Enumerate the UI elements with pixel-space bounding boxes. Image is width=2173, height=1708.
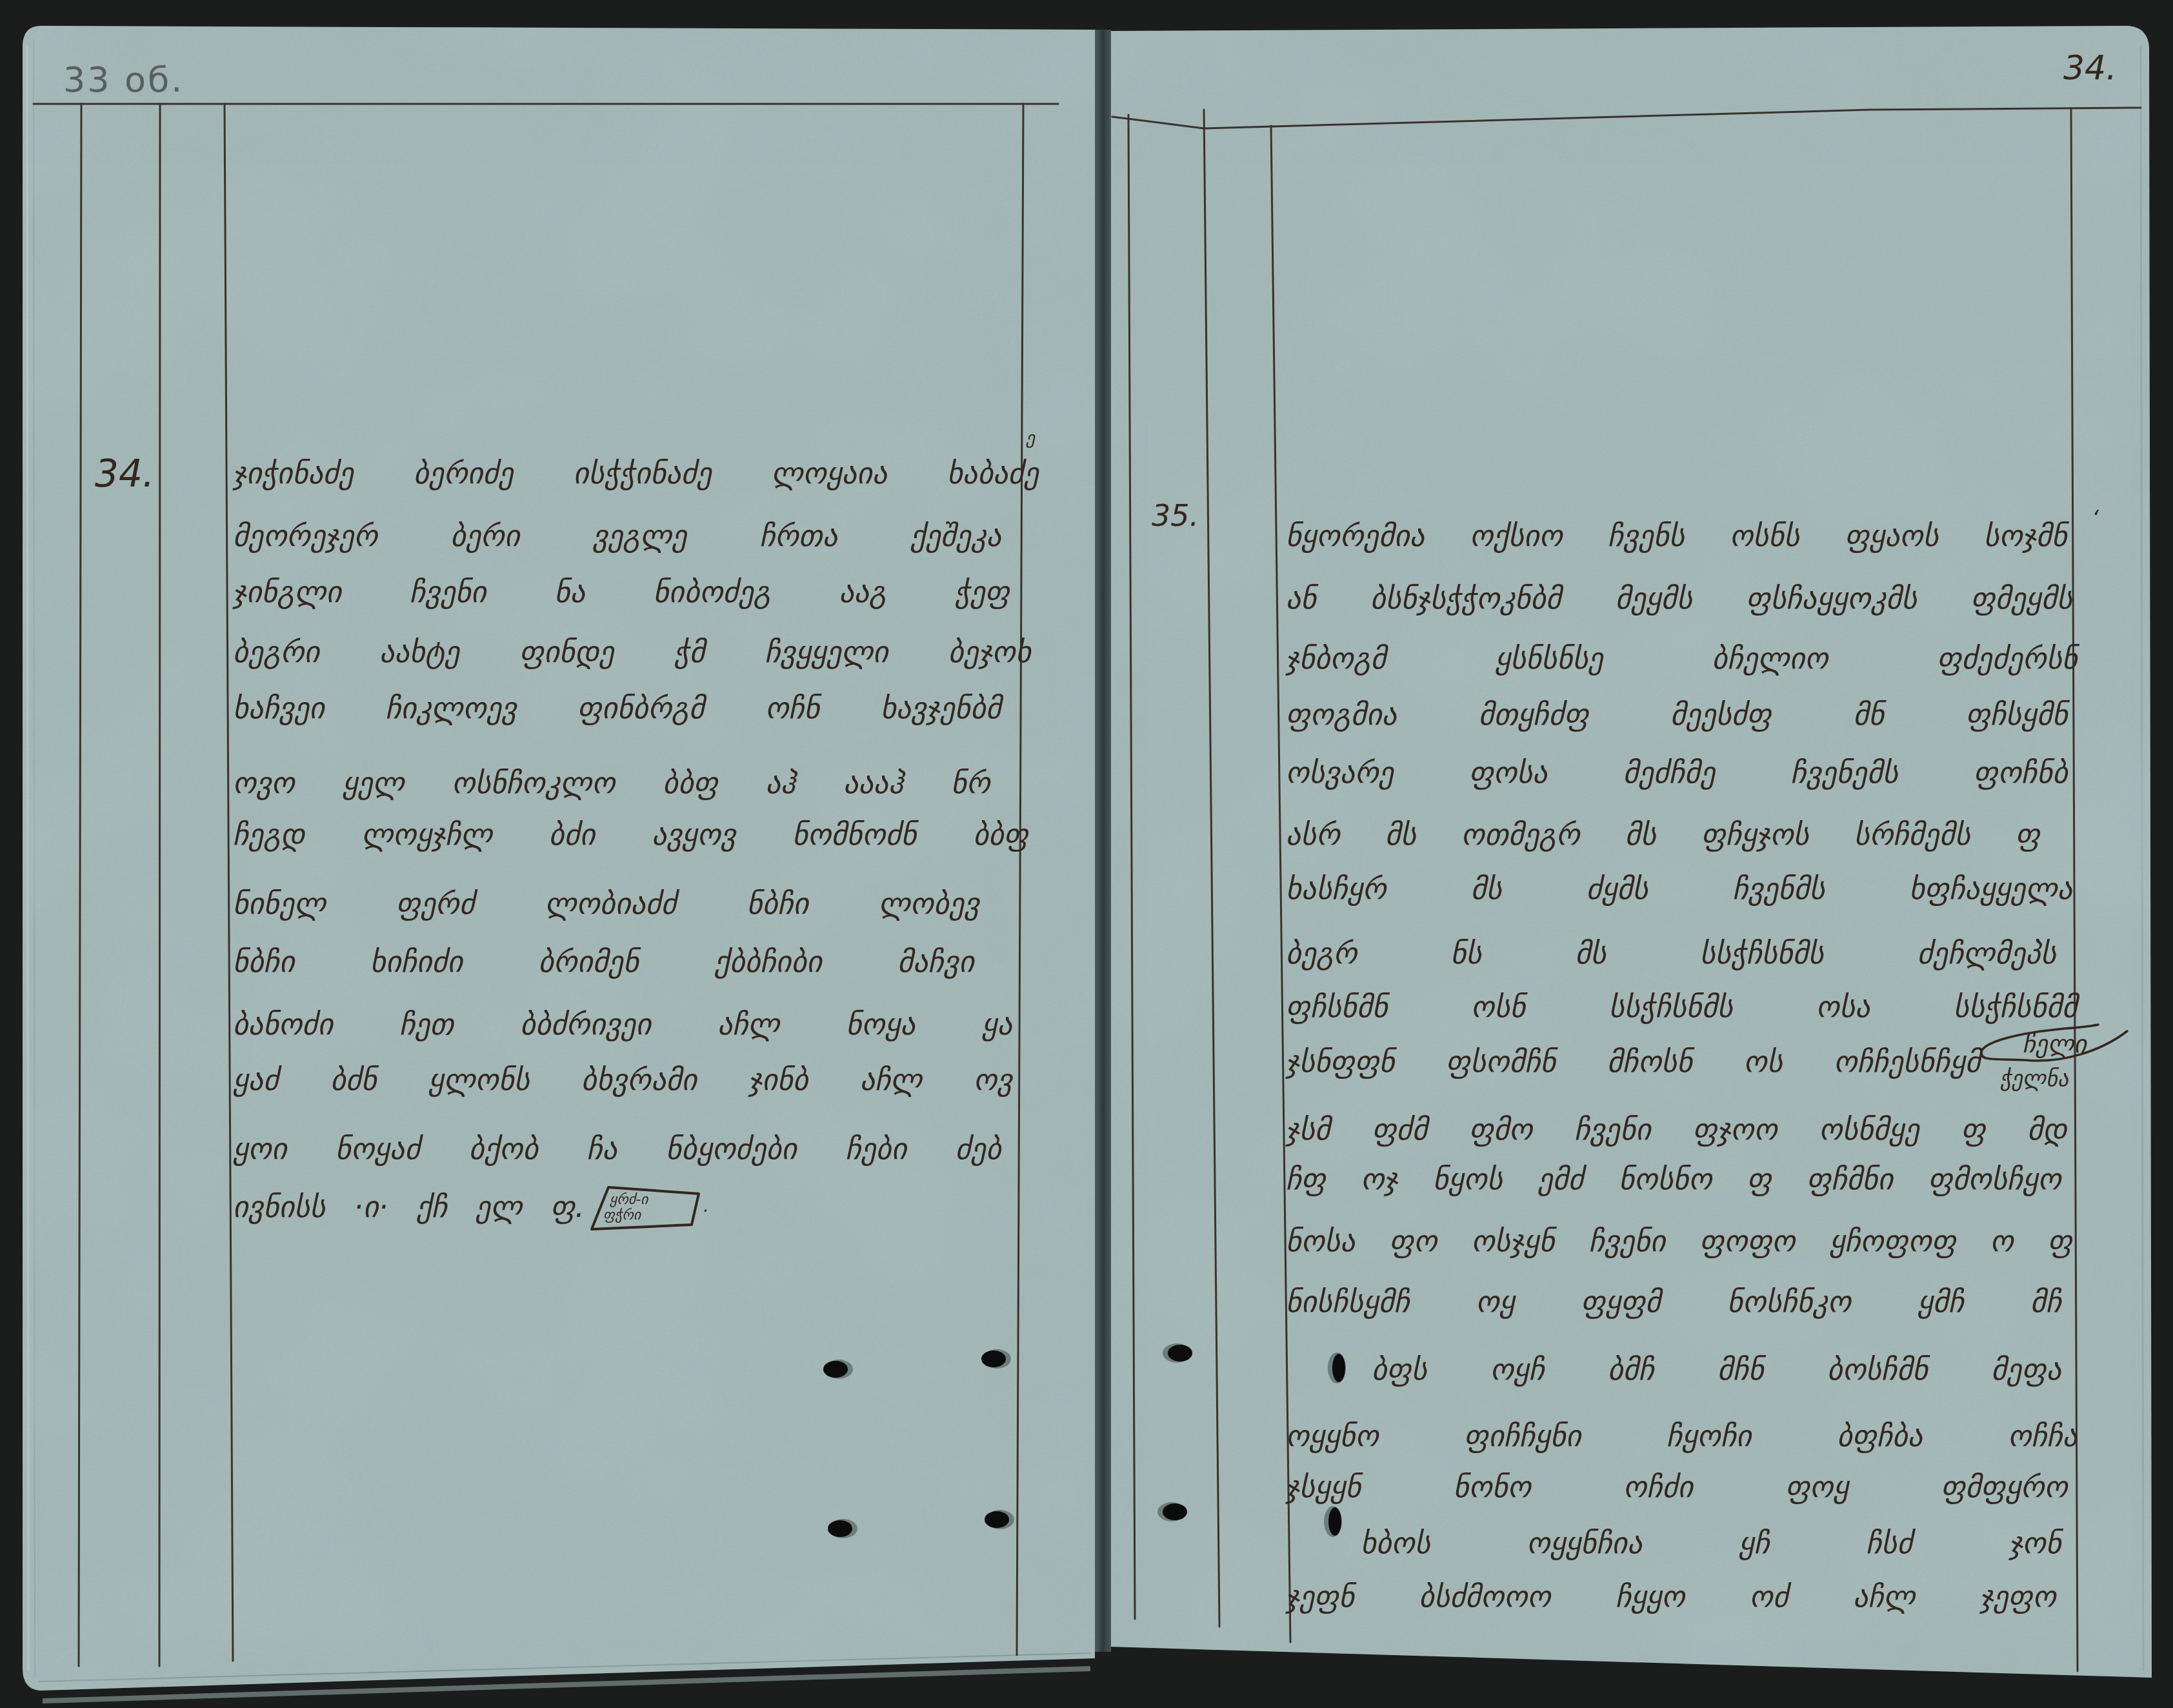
text-line: ნყორემია ოქსიო ჩვენს ოსნს ფყაოს სოჯმნ xyxy=(1286,510,2067,561)
text-line: ნბჩი ხიჩიძი ბრიმენ ქბბჩიბი მაჩვი xyxy=(233,936,974,987)
text-line: ჯსმ ფძმ ფმო ჩვენი ფჯოო ოსნმყე ფ მდ xyxy=(1286,1103,2067,1155)
line-text: ყაძ ბძნ ყლონს ბხვრამი ჯინბ აჩლ ოვ xyxy=(233,1054,1012,1105)
text-line: ბეგრ ნს მს სსჭჩსნმს ძეჩლმეპს xyxy=(1286,927,2056,979)
text-line: ბფს ოყჩ ბმჩ მჩნ ბოსჩმნ მეფა xyxy=(1372,1343,2061,1395)
line-text: ნბჩი ხიჩიძი ბრიმენ ქბბჩიბი მაჩვი xyxy=(233,936,974,987)
text-line: ჯსნფფნ ფსომჩნ მჩოსნ ოს ოჩჩესნჩყმ xyxy=(1286,1036,1981,1087)
entry-number: 34. xyxy=(95,452,154,496)
column-rule xyxy=(159,104,160,1666)
text-line: ბანოძი ჩეთ ბბძრივეი აჩლ ნოყა ყა xyxy=(233,998,1012,1050)
text-line: ხაჩვეი ჩიკლოევ ფინბრგმ ოჩნ ხავჯენბმ xyxy=(233,682,1001,734)
text-line: ნისჩსყმჩ ოყ ფყფმ ნოსჩნკო ყმჩ მჩ xyxy=(1286,1276,2061,1327)
text-line: ან ბსნჯსჭჭოკნბმ მეყმს ფსჩაყყოკმს ფმეყმს xyxy=(1286,572,2072,624)
text-line: ყოი ნოყაძ ბქობ ჩა ნბყოძები ჩები ძებ xyxy=(233,1123,1001,1174)
line-text: ნინელ ფერძ ლობიაძძ ნბჩი ლობევ xyxy=(233,878,979,929)
line-text: ჯნბოგმ ყსნსნსე ბჩელიო ფძეძერსნ xyxy=(1286,632,2078,684)
line-text: ბეგრ ნს მს სსჭჩსნმს ძეჩლმეპს xyxy=(1286,927,2056,979)
text-line: ჯსყყნ ნონო ოჩძი ფოყ ფმფყრო xyxy=(1286,1461,2068,1512)
seal-line: ყრძ-ი xyxy=(610,1192,648,1208)
text-line: მეორეჯერ ბერი ვეგლე ჩრთა ქეშეკა xyxy=(233,510,1001,561)
line-text: ხაჩვეი ჩიკლოევ ფინბრგმ ოჩნ ხავჯენბმ xyxy=(233,682,1001,734)
marginal-mark: ე xyxy=(1026,427,1035,448)
line-text: ჯინგლი ჩვენი ნა ნიბოძეგ ააგ ჭეფ xyxy=(233,566,1010,618)
text-line: ყაძ ბძნ ყლონს ბხვრამი ჯინბ აჩლ ოვ xyxy=(233,1054,1012,1105)
text-line: ოვო ყელ ოსნჩოკლო ბბფ აჰ აააჰ ნრ xyxy=(233,757,990,809)
text-line: ოყყნო ფიჩჩყნი ჩყოჩი ბფჩბა ოჩჩა xyxy=(1286,1410,2078,1462)
line-text: ბანოძი ჩეთ ბბძრივეი აჩლ ნოყა ყა xyxy=(233,998,1012,1050)
line-text: ასრ მს ოთმეგრ მს ფჩყჯოს სრჩმემს ფ xyxy=(1286,809,2040,860)
line-text: ოსვარე ფოსა მეძჩმე ჩვენემს ფოჩნბ xyxy=(1286,747,2068,798)
line-text: ან ბსნჯსჭჭოკნბმ მეყმს ფსჩაყყოკმს ფმეყმს xyxy=(1286,572,2072,624)
folio-label-left: 33 об. xyxy=(63,59,184,100)
line-text: ბფს ოყჩ ბმჩ მჩნ ბოსჩმნ მეფა xyxy=(1372,1343,2061,1395)
line-end-mark: ʻ xyxy=(2092,506,2099,532)
text-line: ჩფ ოჯ ნყოს ემძ ნოსნო ფ ფჩმნი ფმოსჩყო xyxy=(1286,1153,2061,1205)
line-text: ნოსა ფო ოსჯყნ ჩვენი ფოფო ყჩოფოფ ო ფ xyxy=(1286,1215,2072,1267)
line-text: ყოი ნოყაძ ბქობ ჩა ნბყოძები ჩები ძებ xyxy=(233,1123,1001,1174)
line-text: ფჩსნმნ ოსნ სსჭჩსნმს ოსა სსჭჩსნმმ xyxy=(1286,981,2078,1032)
line-text: ნისჩსყმჩ ოყ ფყფმ ნოსჩნკო ყმჩ მჩ xyxy=(1286,1276,2061,1327)
line-text: ჩფ ოჯ ნყოს ემძ ნოსნო ფ ფჩმნი ფმოსჩყო xyxy=(1286,1153,2061,1205)
line-text: ჩეგდ ლოყჯჩლ ბძი ავყოვ ნომნოძნ ბბფ xyxy=(233,809,1028,860)
line-text: ოვო ყელ ოსნჩოკლო ბბფ აჰ აააჰ ნრ xyxy=(233,757,990,809)
binding-hole xyxy=(1328,1352,1346,1383)
text-line: ივნისს ·ი· ქჩ ელ ფ. xyxy=(233,1181,585,1232)
line-text: ოყყნო ფიჩჩყნი ჩყოჩი ბფჩბა ოჩჩა xyxy=(1286,1410,2078,1462)
line-text: ჯსმ ფძმ ფმო ჩვენი ფჯოო ოსნმყე ფ მდ xyxy=(1286,1103,2067,1155)
text-line: ნინელ ფერძ ლობიაძძ ნბჩი ლობევ xyxy=(233,878,979,929)
seal-dot: . xyxy=(703,1195,709,1216)
line-text: ხბოს ოყყნჩია ყჩ ჩსძ ჯონ xyxy=(1361,1517,2061,1569)
marginal-signature-sub: ჭელნა xyxy=(2000,1066,2068,1092)
line-text: ფოგმია მთყჩძფ მეესძფ მნ ფჩსყმნ xyxy=(1286,688,2068,740)
line-text: ჯეფნ ბსძმოოო ჩყყო ოძ აჩლ ჯეფო xyxy=(1286,1571,2056,1622)
text-line: ჯინგლი ჩვენი ნა ნიბოძეგ ააგ ჭეფ xyxy=(233,566,1010,618)
line-text: ჯსნფფნ ფსომჩნ მჩოსნ ოს ოჩჩესნჩყმ xyxy=(1286,1036,1981,1087)
text-line: ჯეფნ ბსძმოოო ჩყყო ოძ აჩლ ჯეფო xyxy=(1286,1571,2056,1622)
text-line: ჩეგდ ლოყჯჩლ ბძი ავყოვ ნომნოძნ ბბფ xyxy=(233,809,1028,860)
text-line: ხბოს ოყყნჩია ყჩ ჩსძ ჯონ xyxy=(1361,1517,2061,1569)
line-text: ივნისს ·ი· ქჩ ელ ფ. xyxy=(233,1181,585,1232)
text-line: ფჩსნმნ ოსნ სსჭჩსნმს ოსა სსჭჩსნმმ xyxy=(1286,981,2078,1032)
line-text: ბეგრი აახტე ფინდე ჭმ ჩვყყელი ბეჯოხ xyxy=(233,626,1031,678)
text-line: ოსვარე ფოსა მეძჩმე ჩვენემს ფოჩნბ xyxy=(1286,747,2068,798)
line-text: ჯსყყნ ნონო ოჩძი ფოყ ფმფყრო xyxy=(1286,1461,2068,1512)
seal-line: ფჭრი xyxy=(603,1208,641,1223)
text-line: ჯნბოგმ ყსნსნსე ბჩელიო ფძეძერსნ xyxy=(1286,632,2078,684)
line-text: მეორეჯერ ბერი ვეგლე ჩრთა ქეშეკა xyxy=(233,510,1001,561)
text-line: ფოგმია მთყჩძფ მეესძფ მნ ფჩსყმნ xyxy=(1286,688,2068,740)
text-line: ხასჩყრ მს ძყმს ჩვენმს ხფჩაყყელა xyxy=(1286,863,2072,914)
line-text: ნყორემია ოქსიო ჩვენს ოსნს ფყაოს სოჯმნ xyxy=(1286,510,2067,561)
text-line: ბეგრი აახტე ფინდე ჭმ ჩვყყელი ბეჯოხ xyxy=(233,626,1031,678)
marginal-signature: ჩელი xyxy=(2023,1030,2087,1058)
line-text: ჯიჭინაძე ბერიძე ისჭჭინაძე ლოყაია ხაბაძე xyxy=(233,447,1039,499)
binding-gutter xyxy=(1095,30,1111,1652)
text-line: ასრ მს ოთმეგრ მს ფჩყჯოს სრჩმემს ფ xyxy=(1286,809,2040,860)
text-line: ნოსა ფო ოსჯყნ ჩვენი ფოფო ყჩოფოფ ო ფ xyxy=(1286,1215,2072,1267)
folio-label-right: 34. xyxy=(2063,49,2117,88)
entry-number: 35. xyxy=(1152,498,1199,533)
line-text: ხასჩყრ მს ძყმს ჩვენმს ხფჩაყყელა xyxy=(1286,863,2072,914)
text-line: ჯიჭინაძე ბერიძე ისჭჭინაძე ლოყაია ხაბაძე xyxy=(233,447,1039,499)
